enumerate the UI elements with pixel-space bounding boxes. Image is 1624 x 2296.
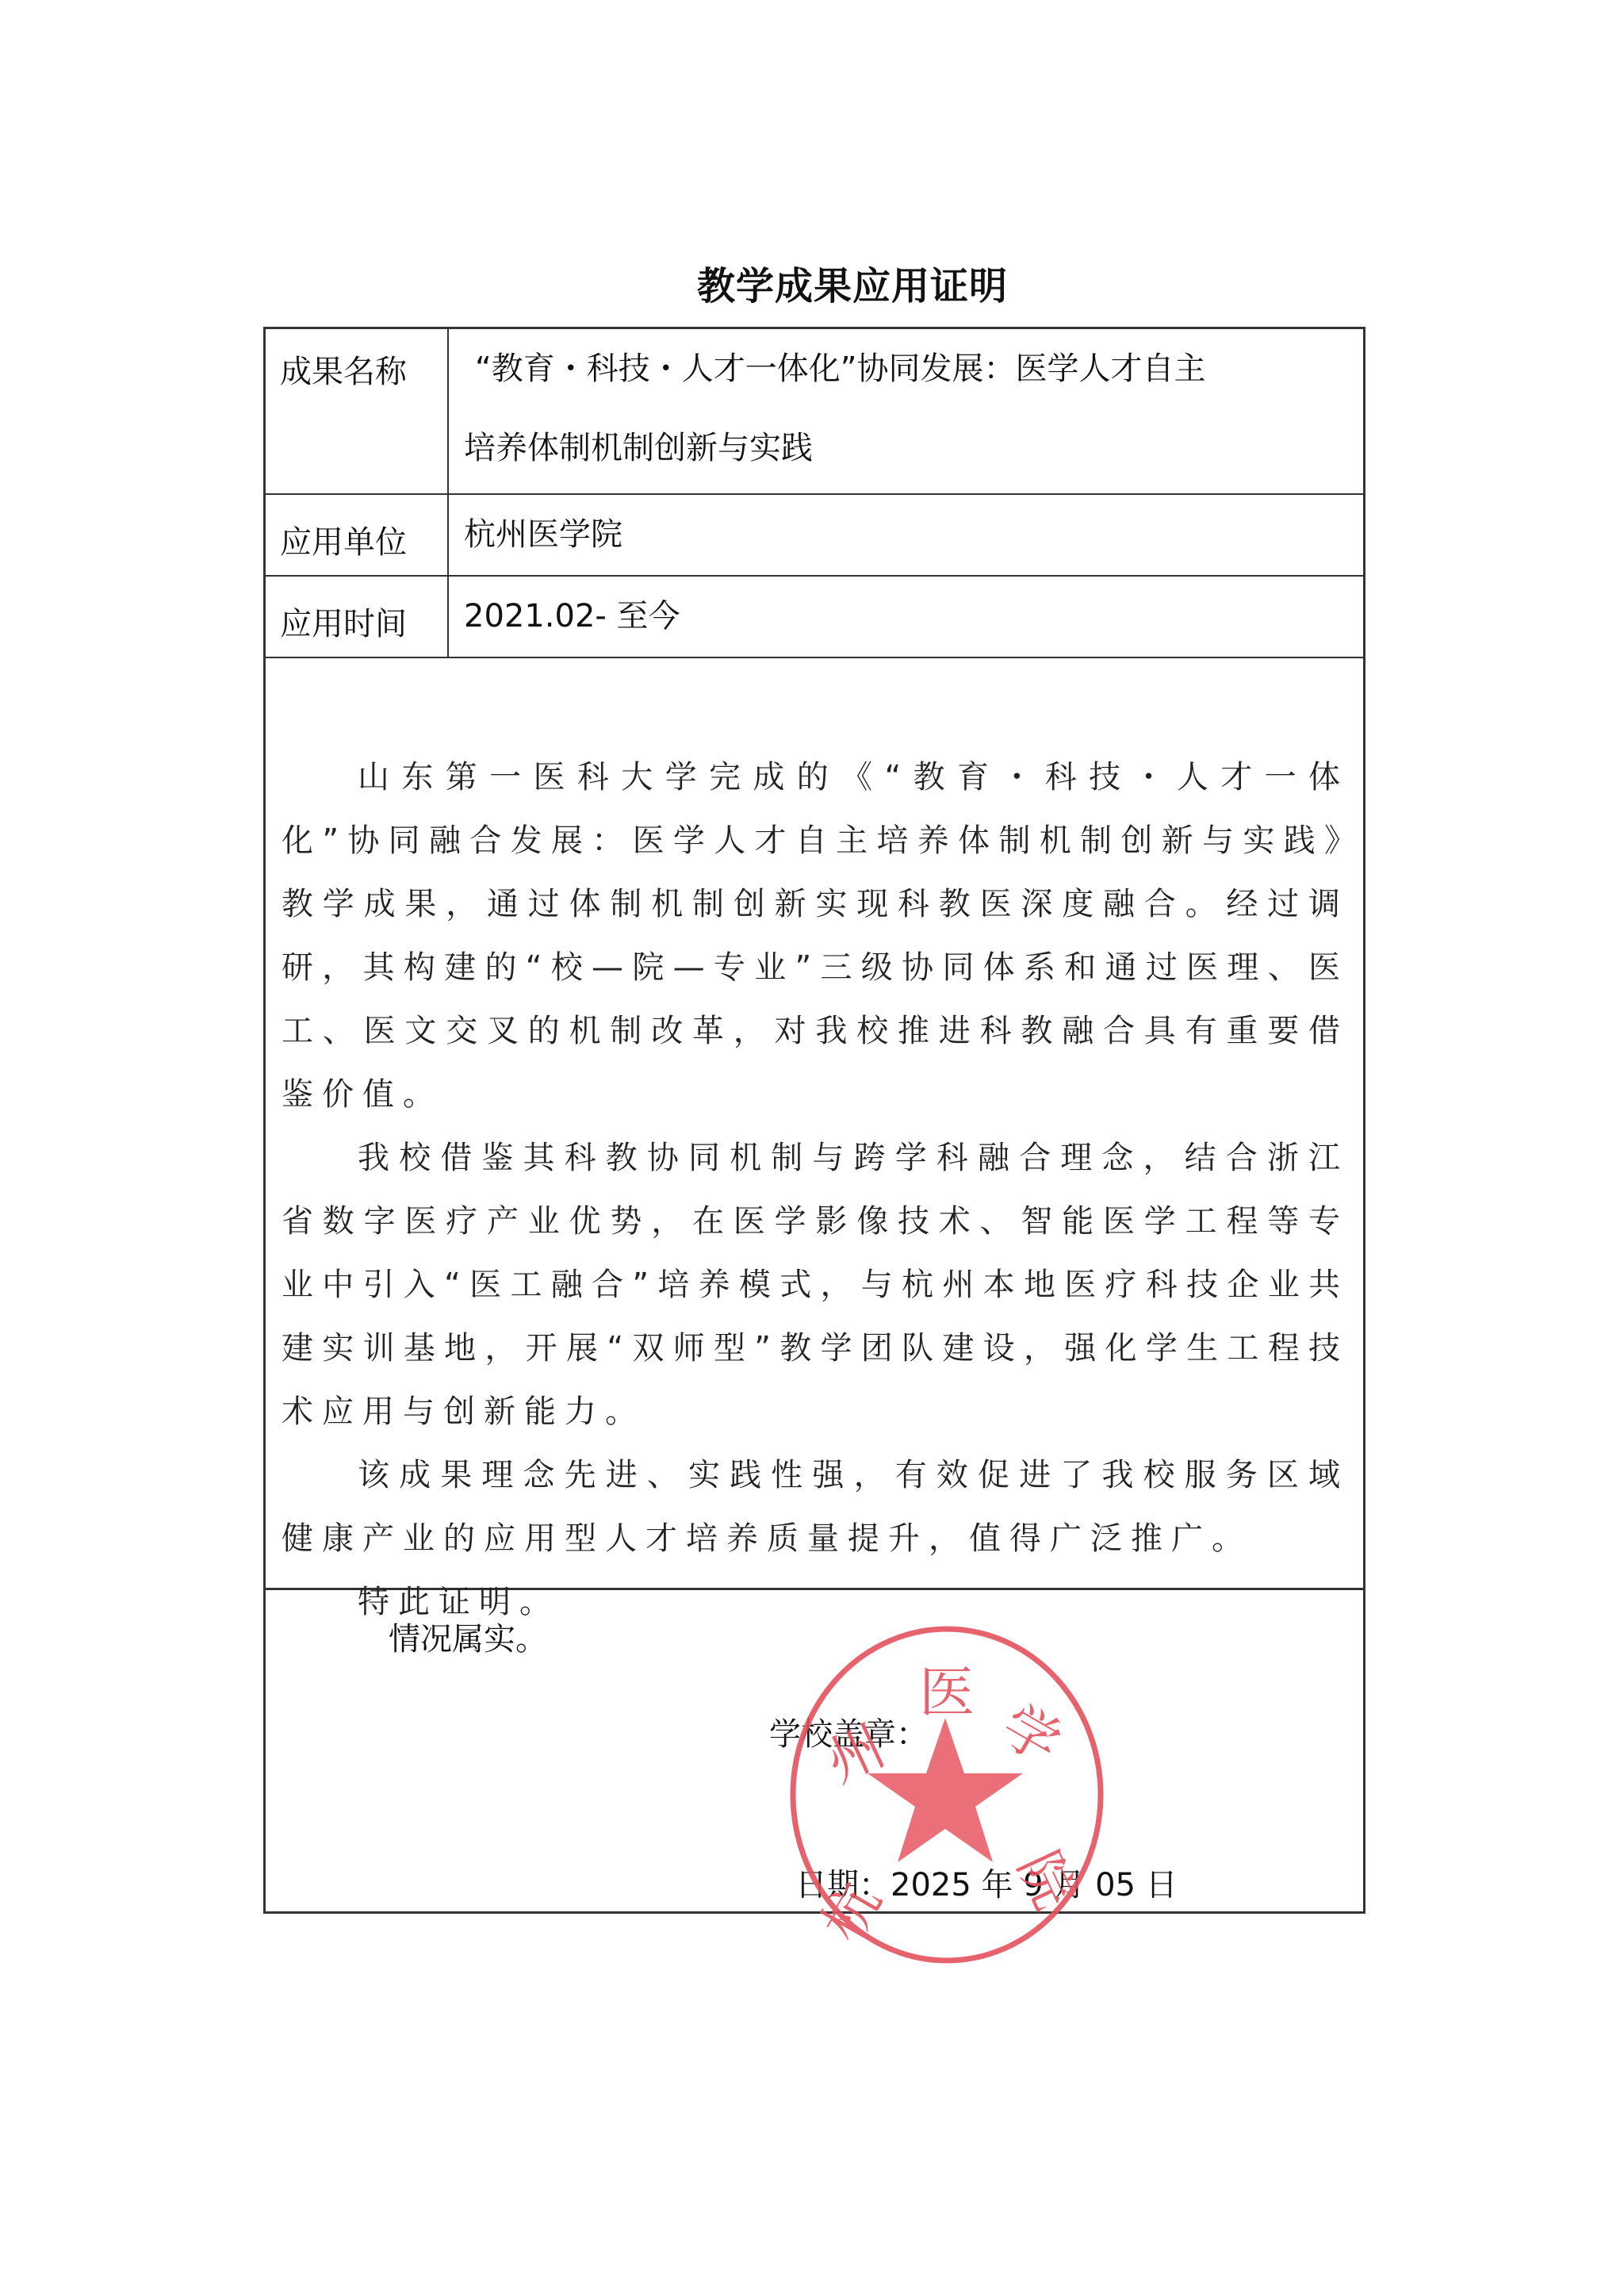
field-label-cell: 成果名称 — [266, 329, 449, 493]
field-label: 成果名称 — [280, 347, 407, 392]
field-label: 应用单位 — [280, 517, 407, 562]
field-row-application-unit: 应用单位 杭州医学院 — [266, 495, 1363, 577]
field-value: 杭州医学院 — [464, 495, 1355, 574]
body-paragraph: 我校借鉴其科教协同机制与跨学科融合理念，结合浙江省数字医疗产业优势，在医学影像技… — [266, 1126, 1363, 1443]
certificate-body: 山东第一医科大学完成的《“教育・科技・人才一体化”协同融合发展：医学人才自主培养… — [266, 658, 1363, 1590]
field-row-achievement-name: 成果名称 “教育・科技・人才一体化”协同发展：医学人才自主 培养体制机制创新与实… — [266, 329, 1363, 495]
document-title: 教学成果应用证明 — [0, 255, 1624, 310]
confirmation-text: 情况属实。 — [389, 1614, 547, 1659]
field-label-cell: 应用时间 — [266, 577, 449, 657]
date-value: 2025 年 9 月 05 日 — [891, 1867, 1178, 1903]
field-label-cell: 应用单位 — [266, 495, 449, 575]
seal-label: 学校盖章： — [769, 1709, 928, 1754]
field-value: 2021.02- 至今 — [464, 577, 1355, 656]
certificate-table: 成果名称 “教育・科技・人才一体化”协同发展：医学人才自主 培养体制机制创新与实… — [263, 327, 1365, 1914]
field-value-line: 培养体制机制创新与实践 — [464, 408, 1355, 488]
date-line: 日期：2025 年 9 月 05 日 — [795, 1860, 1178, 1905]
body-paragraph: 该成果理念先进、实践性强，有效促进了我校服务区域健康产业的应用型人才培养质量提升… — [266, 1443, 1363, 1570]
date-label: 日期： — [795, 1867, 891, 1903]
field-row-application-time: 应用时间 2021.02- 至今 — [266, 577, 1363, 658]
body-paragraph: 山东第一医科大学完成的《“教育・科技・人才一体化”协同融合发展：医学人才自主培养… — [266, 746, 1363, 1126]
field-label: 应用时间 — [280, 599, 407, 644]
field-value-line: “教育・科技・人才一体化”协同发展：医学人才自主 — [464, 329, 1355, 408]
field-value: “教育・科技・人才一体化”协同发展：医学人才自主 培养体制机制创新与实践 — [464, 329, 1355, 488]
